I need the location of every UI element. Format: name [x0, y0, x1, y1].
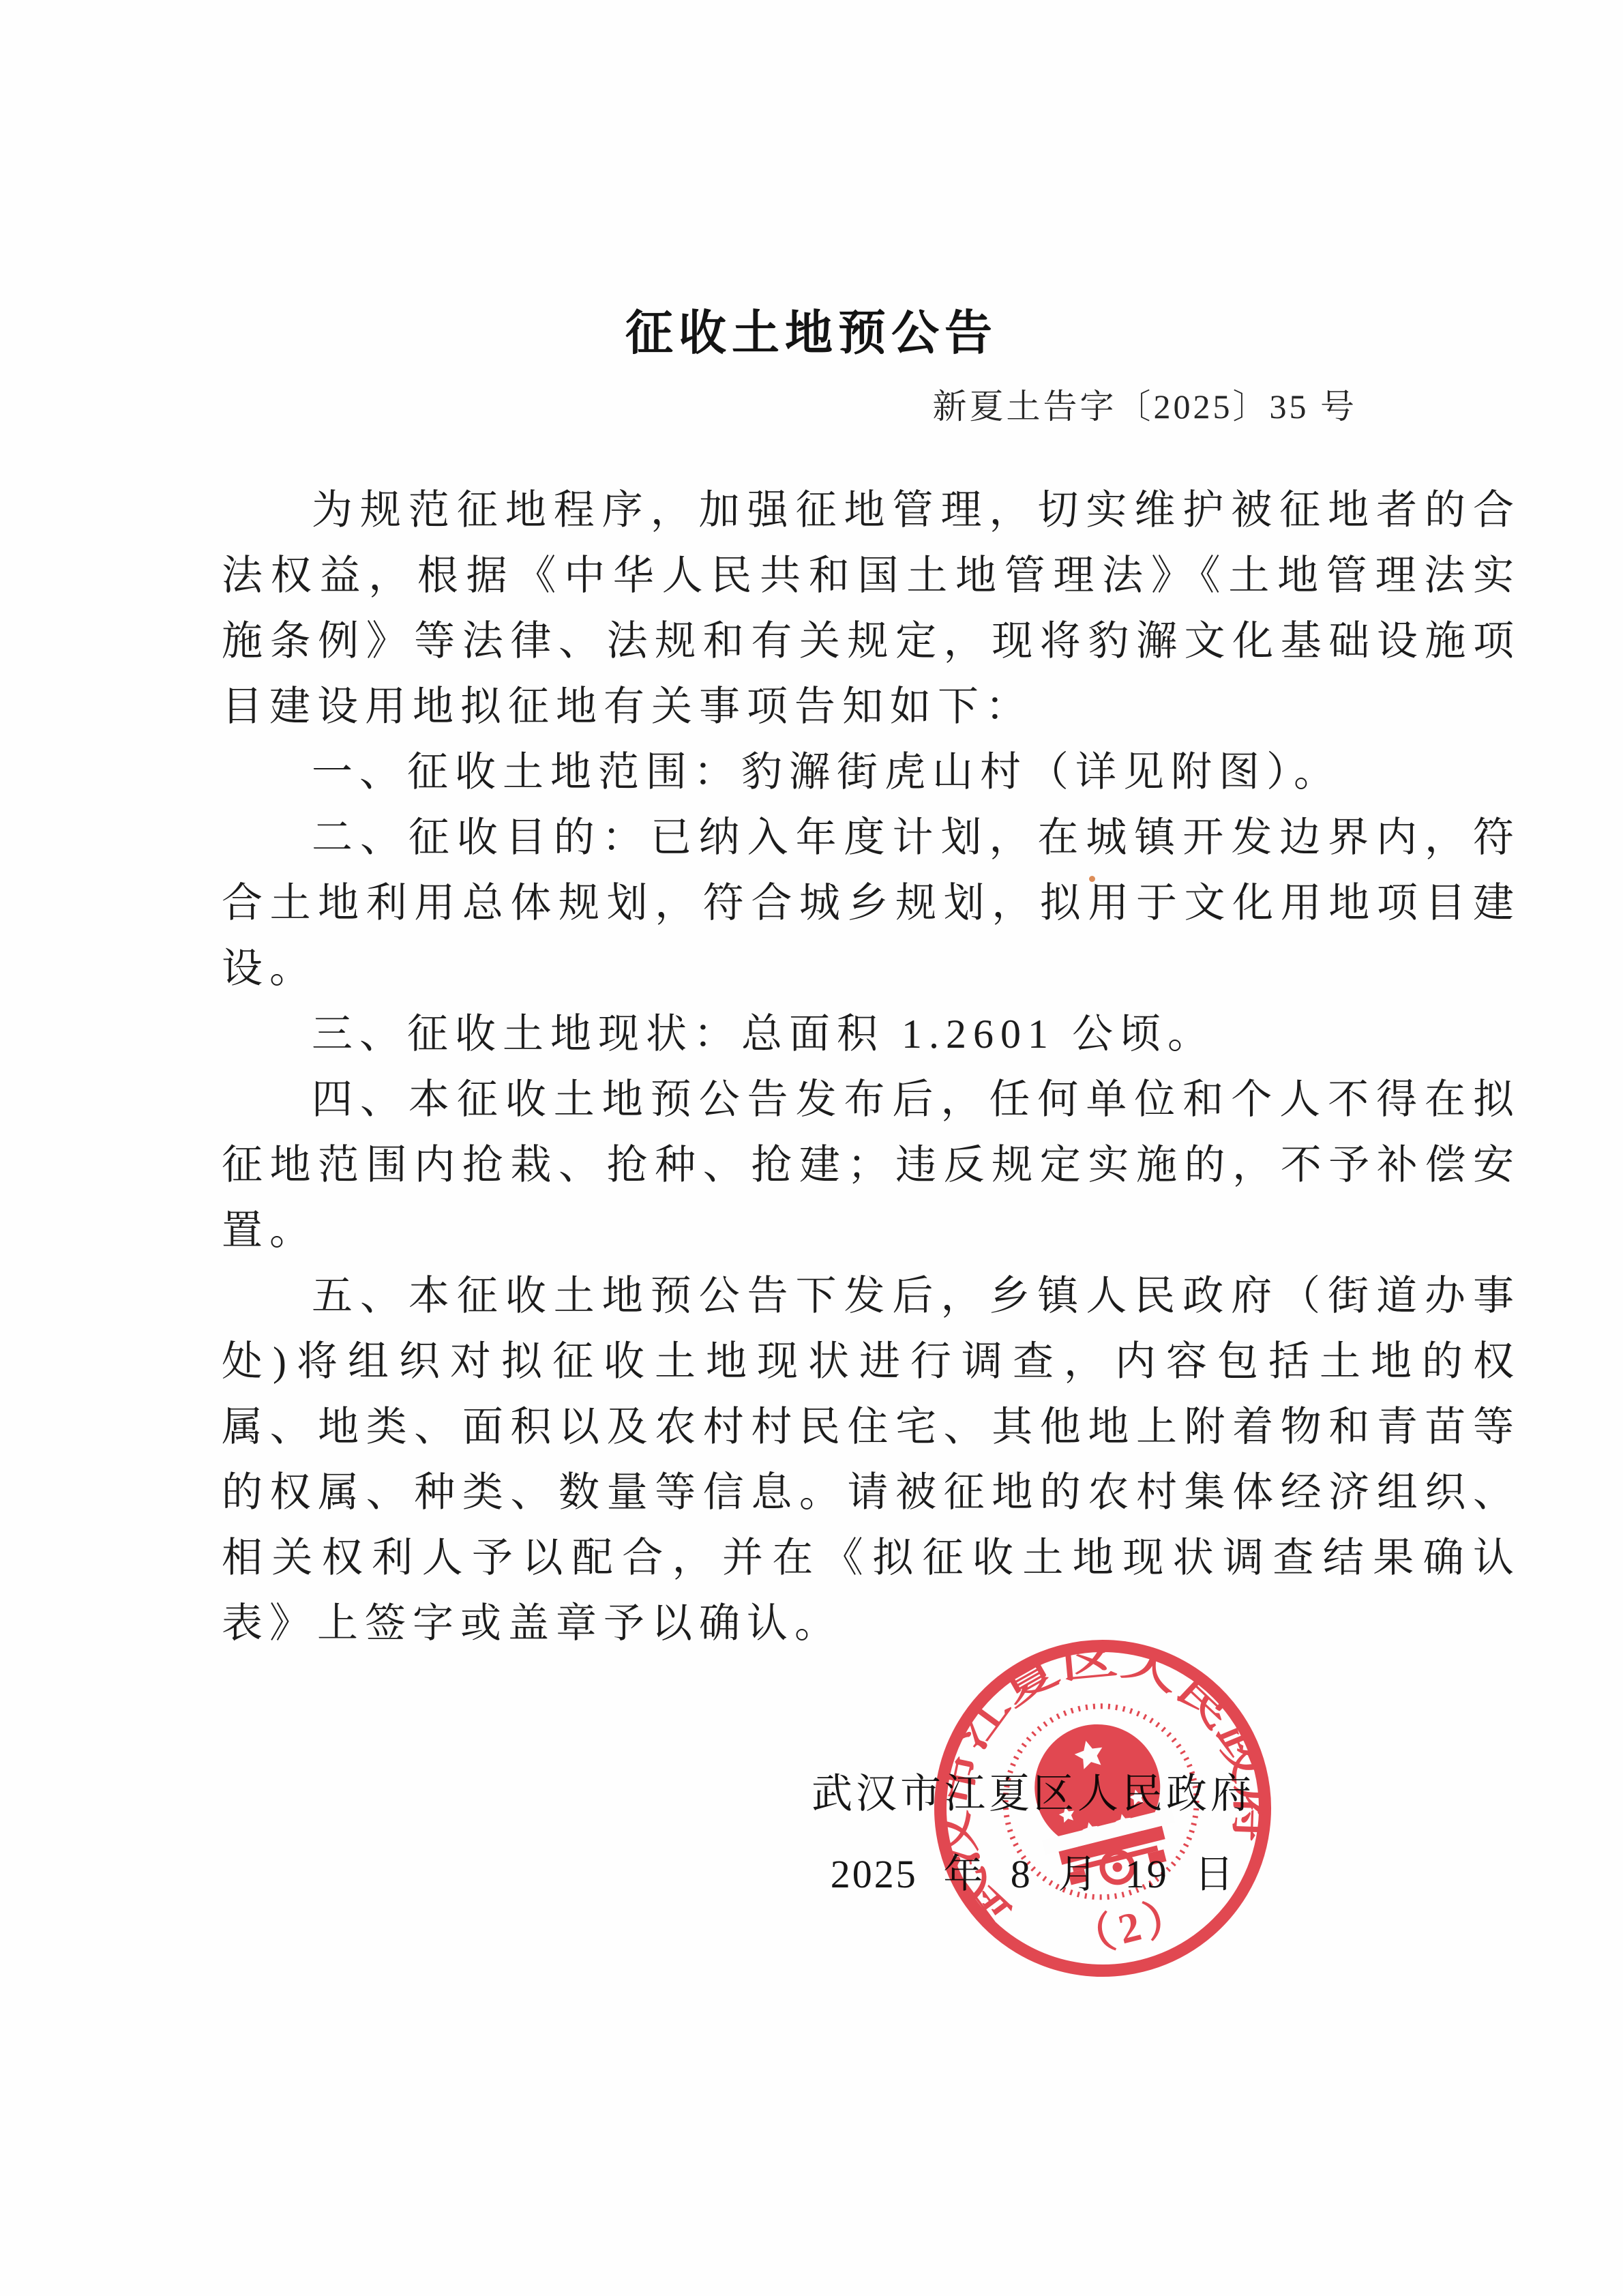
- national-emblem-icon: [1017, 1710, 1186, 1898]
- official-seal-stamp-icon: 武汉市江夏区人民政府 （2）: [932, 1638, 1273, 1979]
- body-paragraph-item-3: 三、征收土地现状：总面积 1.2601 公顷。: [222, 1001, 1521, 1067]
- scanned-document-page: 征收土地预公告 新夏土告字〔2025〕35 号 为规范征地程序，加强征地管理，切…: [0, 0, 1623, 2296]
- seal-rotated-group: 武汉市江夏区人民政府 （2）: [932, 1638, 1273, 1979]
- document-body: 为规范征地程序，加强征地管理，切实维护被征地者的合法权益，根据《中华人民共和国土…: [222, 477, 1521, 1656]
- body-paragraph-item-4: 四、本征收土地预公告发布后，任何单位和个人不得在拟征地范围内抢栽、抢种、抢建；违…: [222, 1067, 1521, 1263]
- body-paragraph-item-2: 二、征收目的：已纳入年度计划，在城镇开发边界内，符合土地利用总体规划，符合城乡规…: [222, 805, 1521, 1001]
- document-title: 征收土地预公告: [0, 295, 1623, 364]
- ink-speck: [1089, 876, 1095, 882]
- body-paragraph-intro: 为规范征地程序，加强征地管理，切实维护被征地者的合法权益，根据《中华人民共和国土…: [222, 477, 1521, 739]
- body-paragraph-item-5: 五、本征收土地预公告下发后，乡镇人民政府（街道办事处)将组织对拟征收土地现状进行…: [222, 1263, 1521, 1656]
- body-paragraph-item-1: 一、征收土地范围：豹澥街虎山村（详见附图）。: [222, 739, 1521, 805]
- document-number: 新夏土告字〔2025〕35 号: [933, 379, 1358, 428]
